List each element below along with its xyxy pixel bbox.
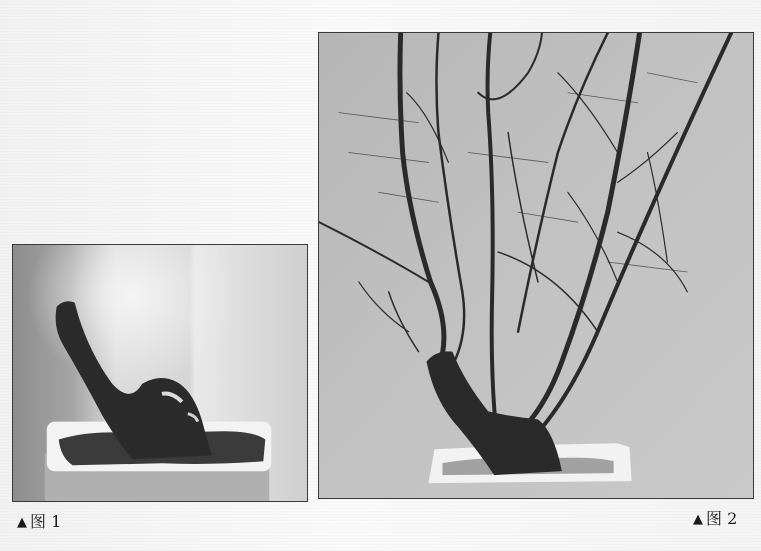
figure-1-photo — [12, 244, 308, 502]
tree-photo-image — [319, 33, 753, 498]
stump-photo-image — [13, 245, 307, 501]
triangle-marker-icon: ▲ — [693, 513, 703, 526]
triangle-marker-icon: ▲ — [17, 516, 27, 529]
figure-1-caption: ▲ 图 1 — [17, 514, 61, 530]
figure-1-label: 图 1 — [30, 514, 61, 530]
figure-2-label: 图 2 — [706, 511, 737, 527]
figure-2-caption: ▲ 图 2 — [693, 511, 737, 527]
figure-2-photo — [318, 32, 754, 499]
